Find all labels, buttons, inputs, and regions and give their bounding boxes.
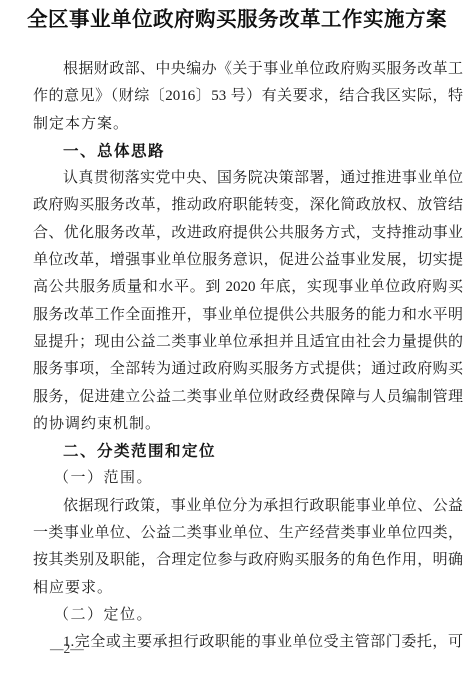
paragraph-line: 政府购买服务改革，推动政府职能转变，深化简政放权、放管结 <box>33 192 463 219</box>
section-heading: 二、分类范围和定位 <box>33 438 463 465</box>
paragraph-line: 根据财政部、中央编办《关于事业单位政府购买服务改革工 <box>33 56 463 83</box>
paragraph-line: 1.完全或主要承担行政职能的事业单位受主管部门委托，可 <box>33 629 463 656</box>
paragraph-line: 显提升；现由公益二类事业单位承担并且适宜由社会力量提供的 <box>33 329 463 356</box>
paragraph-line: 作的意见》（财综〔2016〕53 号）有关要求，结合我区实际，特 <box>33 83 463 110</box>
document-title: 全区事业单位政府购买服务改革工作实施方案 <box>0 5 474 35</box>
paragraph-line: 相应要求。 <box>33 575 463 602</box>
document-body: 根据财政部、中央编办《关于事业单位政府购买服务改革工作的意见》（财综〔2016〕… <box>33 56 463 657</box>
sub-heading: （一）范围。 <box>33 465 463 492</box>
document-page: 全区事业单位政府购买服务改革工作实施方案 根据财政部、中央编办《关于事业单位政府… <box>0 0 474 673</box>
paragraph-line: 合、优化服务改革，改进政府提供公共服务方式，支持推动事业 <box>33 220 463 247</box>
paragraph-line: 服务，促进建立公益二类事业单位财政经费保障与人员编制管理 <box>33 384 463 411</box>
paragraph-line: 的协调约束机制。 <box>33 411 463 438</box>
page-number: —2— <box>50 640 84 658</box>
paragraph-line: 认真贯彻落实党中央、国务院决策部署，通过推进事业单位 <box>33 165 463 192</box>
paragraph-line: 依据现行政策，事业单位分为承担行政职能事业单位、公益 <box>33 493 463 520</box>
section-heading: 一、总体思路 <box>33 138 463 165</box>
paragraph-line: 服务改革工作全面推开，事业单位提供公共服务的能力和水平明 <box>33 302 463 329</box>
sub-heading: （二）定位。 <box>33 602 463 629</box>
paragraph-line: 制定本方案。 <box>33 111 463 138</box>
paragraph-line: 一类事业单位、公益二类事业单位、生产经营类事业单位四类， <box>33 520 463 547</box>
paragraph-line: 按其类别及职能，合理定位参与政府购买服务的角色作用，明确 <box>33 547 463 574</box>
paragraph-line: 服务事项，全部转为通过政府购买服务方式提供；通过政府购买 <box>33 356 463 383</box>
paragraph-line: 高公共服务质量和水平。到 2020 年底，实现事业单位政府购买 <box>33 274 463 301</box>
paragraph-line: 单位改革，增强事业单位服务意识，促进公益事业发展，切实提 <box>33 247 463 274</box>
